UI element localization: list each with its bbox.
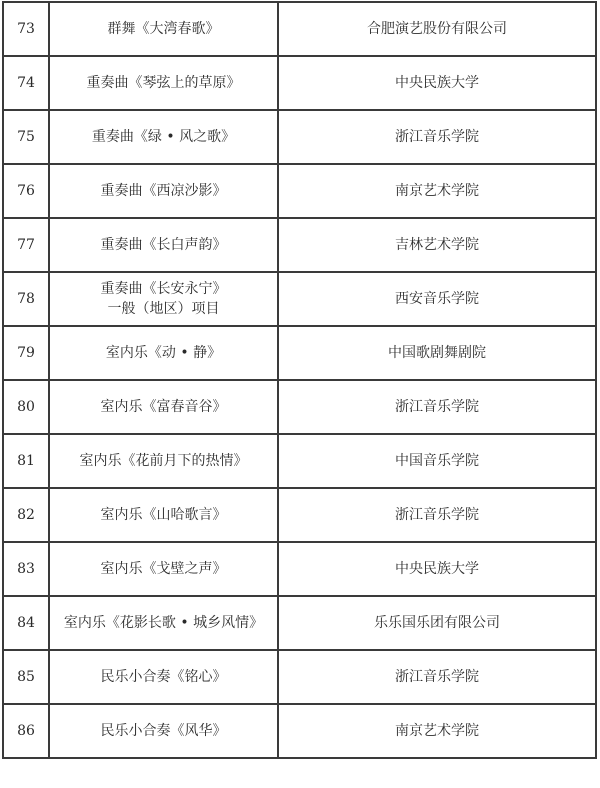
project-title: 重奏曲《长安永宁》 一般（地区）项目 bbox=[49, 272, 278, 326]
table-row: 75 重奏曲《绿 • 风之歌》 浙江音乐学院 bbox=[3, 110, 596, 164]
row-number: 78 bbox=[3, 272, 49, 326]
table-row: 78 重奏曲《长安永宁》 一般（地区）项目 西安音乐学院 bbox=[3, 272, 596, 326]
project-title: 重奏曲《长白声韵》 bbox=[49, 218, 278, 272]
project-title: 室内乐《富春音谷》 bbox=[49, 380, 278, 434]
table-row: 82 室内乐《山哈歌言》 浙江音乐学院 bbox=[3, 488, 596, 542]
row-number: 74 bbox=[3, 56, 49, 110]
organization: 浙江音乐学院 bbox=[278, 380, 596, 434]
project-title: 室内乐《花前月下的热情》 bbox=[49, 434, 278, 488]
table-row: 81 室内乐《花前月下的热情》 中国音乐学院 bbox=[3, 434, 596, 488]
table-row: 83 室内乐《戈壁之声》 中央民族大学 bbox=[3, 542, 596, 596]
row-number: 86 bbox=[3, 704, 49, 758]
table-row: 76 重奏曲《西凉沙影》 南京艺术学院 bbox=[3, 164, 596, 218]
organization: 中国歌剧舞剧院 bbox=[278, 326, 596, 380]
organization: 南京艺术学院 bbox=[278, 704, 596, 758]
row-number: 79 bbox=[3, 326, 49, 380]
project-title: 民乐小合奏《铭心》 bbox=[49, 650, 278, 704]
project-title: 室内乐《山哈歌言》 bbox=[49, 488, 278, 542]
project-title: 群舞《大湾春歌》 bbox=[49, 2, 278, 56]
project-title: 重奏曲《琴弦上的草原》 bbox=[49, 56, 278, 110]
row-number: 81 bbox=[3, 434, 49, 488]
organization: 南京艺术学院 bbox=[278, 164, 596, 218]
table-row: 74 重奏曲《琴弦上的草原》 中央民族大学 bbox=[3, 56, 596, 110]
organization: 乐乐国乐团有限公司 bbox=[278, 596, 596, 650]
organization: 合肥演艺股份有限公司 bbox=[278, 2, 596, 56]
table-row: 77 重奏曲《长白声韵》 吉林艺术学院 bbox=[3, 218, 596, 272]
organization: 中央民族大学 bbox=[278, 542, 596, 596]
row-number: 84 bbox=[3, 596, 49, 650]
project-category: 一般（地区）项目 bbox=[50, 299, 277, 319]
organization: 西安音乐学院 bbox=[278, 272, 596, 326]
table-row: 84 室内乐《花影长歌 • 城乡风情》 乐乐国乐团有限公司 bbox=[3, 596, 596, 650]
organization: 浙江音乐学院 bbox=[278, 650, 596, 704]
row-number: 77 bbox=[3, 218, 49, 272]
organization: 吉林艺术学院 bbox=[278, 218, 596, 272]
project-title: 室内乐《戈壁之声》 bbox=[49, 542, 278, 596]
project-title: 室内乐《动 • 静》 bbox=[49, 326, 278, 380]
row-number: 83 bbox=[3, 542, 49, 596]
row-number: 85 bbox=[3, 650, 49, 704]
table-row: 80 室内乐《富春音谷》 浙江音乐学院 bbox=[3, 380, 596, 434]
organization: 中国音乐学院 bbox=[278, 434, 596, 488]
table-row: 79 室内乐《动 • 静》 中国歌剧舞剧院 bbox=[3, 326, 596, 380]
row-number: 75 bbox=[3, 110, 49, 164]
project-title: 民乐小合奏《风华》 bbox=[49, 704, 278, 758]
project-title: 室内乐《花影长歌 • 城乡风情》 bbox=[49, 596, 278, 650]
organization: 中央民族大学 bbox=[278, 56, 596, 110]
row-number: 80 bbox=[3, 380, 49, 434]
table-row: 85 民乐小合奏《铭心》 浙江音乐学院 bbox=[3, 650, 596, 704]
project-title: 重奏曲《绿 • 风之歌》 bbox=[49, 110, 278, 164]
project-title: 重奏曲《西凉沙影》 bbox=[49, 164, 278, 218]
organization: 浙江音乐学院 bbox=[278, 488, 596, 542]
row-number: 76 bbox=[3, 164, 49, 218]
table-row: 73 群舞《大湾春歌》 合肥演艺股份有限公司 bbox=[3, 2, 596, 56]
row-number: 82 bbox=[3, 488, 49, 542]
row-number: 73 bbox=[3, 2, 49, 56]
project-table: 73 群舞《大湾春歌》 合肥演艺股份有限公司 74 重奏曲《琴弦上的草原》 中央… bbox=[2, 1, 597, 759]
table-row: 86 民乐小合奏《风华》 南京艺术学院 bbox=[3, 704, 596, 758]
organization: 浙江音乐学院 bbox=[278, 110, 596, 164]
